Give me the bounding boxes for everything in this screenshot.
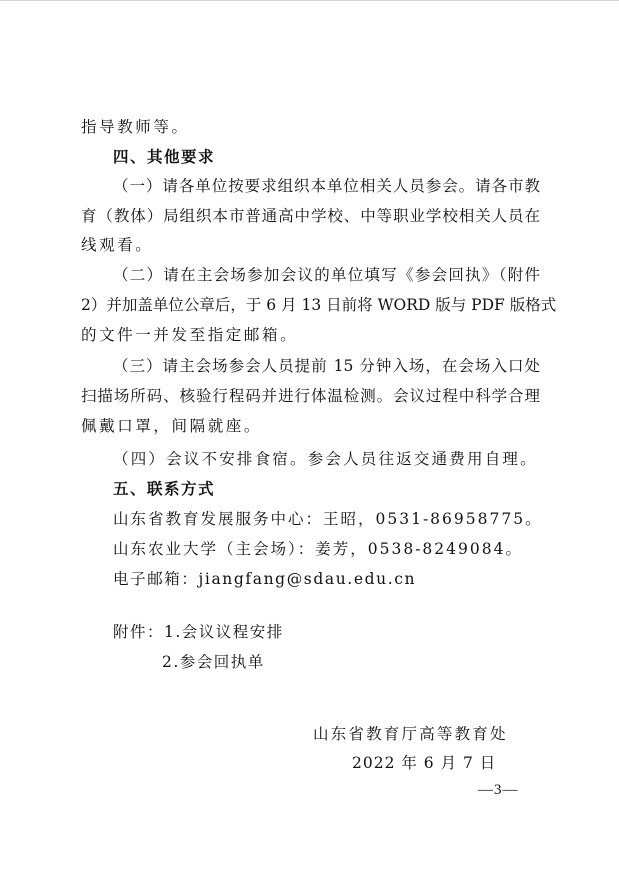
paragraph-line: （一）请各单位按要求组织本单位相关人员参会。请各市教: [113, 175, 540, 197]
signature-date: 2022 年 6 月 7 日: [352, 752, 496, 774]
page-top-border: [0, 0, 619, 1]
paragraph-line: 佩戴口罩，间隔就座。: [81, 415, 262, 437]
paragraph-continuation: 指导教师等。: [81, 116, 190, 138]
paragraph-line: （三）请主会场参会人员提前 15 分钟入场，在会场入口处: [113, 355, 540, 377]
section-heading-other-requirements: 四、其他要求: [113, 146, 215, 168]
paragraph-line: 的文件一并发至指定邮箱。: [81, 324, 298, 346]
signature-issuer: 山东省教育厅高等教育处: [313, 723, 508, 745]
paragraph-line: （二）请在主会场参加会议的单位填写《参会回执》（附件: [113, 264, 540, 286]
contact-email-line: 电子邮箱：jiangfang@sdau.edu.cn: [113, 568, 416, 590]
contact-line-service-center: 山东省教育发展服务中心：王昭，0531-86958775。: [113, 508, 543, 530]
section-heading-contact: 五、联系方式: [113, 478, 215, 500]
paragraph-line: （四）会议不安排食宿。参会人员往返交通费用自理。: [113, 448, 538, 470]
paragraph-line: 线观看。: [81, 234, 153, 256]
paragraph-line: 2）并加盖单位公章后，于 6 月 13 日前将 WORD 版与 PDF 版格式: [81, 294, 540, 316]
paragraph-line: 育（教体）局组织本市普通高中学校、中等职业学校相关人员在: [81, 205, 540, 227]
paragraph-line: 扫描场所码、核验行程码并进行体温检测。会议过程中科学合理: [81, 385, 540, 407]
attachment-line-2: 2.参会回执单: [162, 651, 265, 673]
attachment-line-1: 附件：1.会议议程安排: [113, 621, 284, 643]
page-number: —3—: [478, 782, 519, 799]
contact-line-university: 山东农业大学（主会场）：姜芳，0538-8249084。: [113, 538, 523, 560]
